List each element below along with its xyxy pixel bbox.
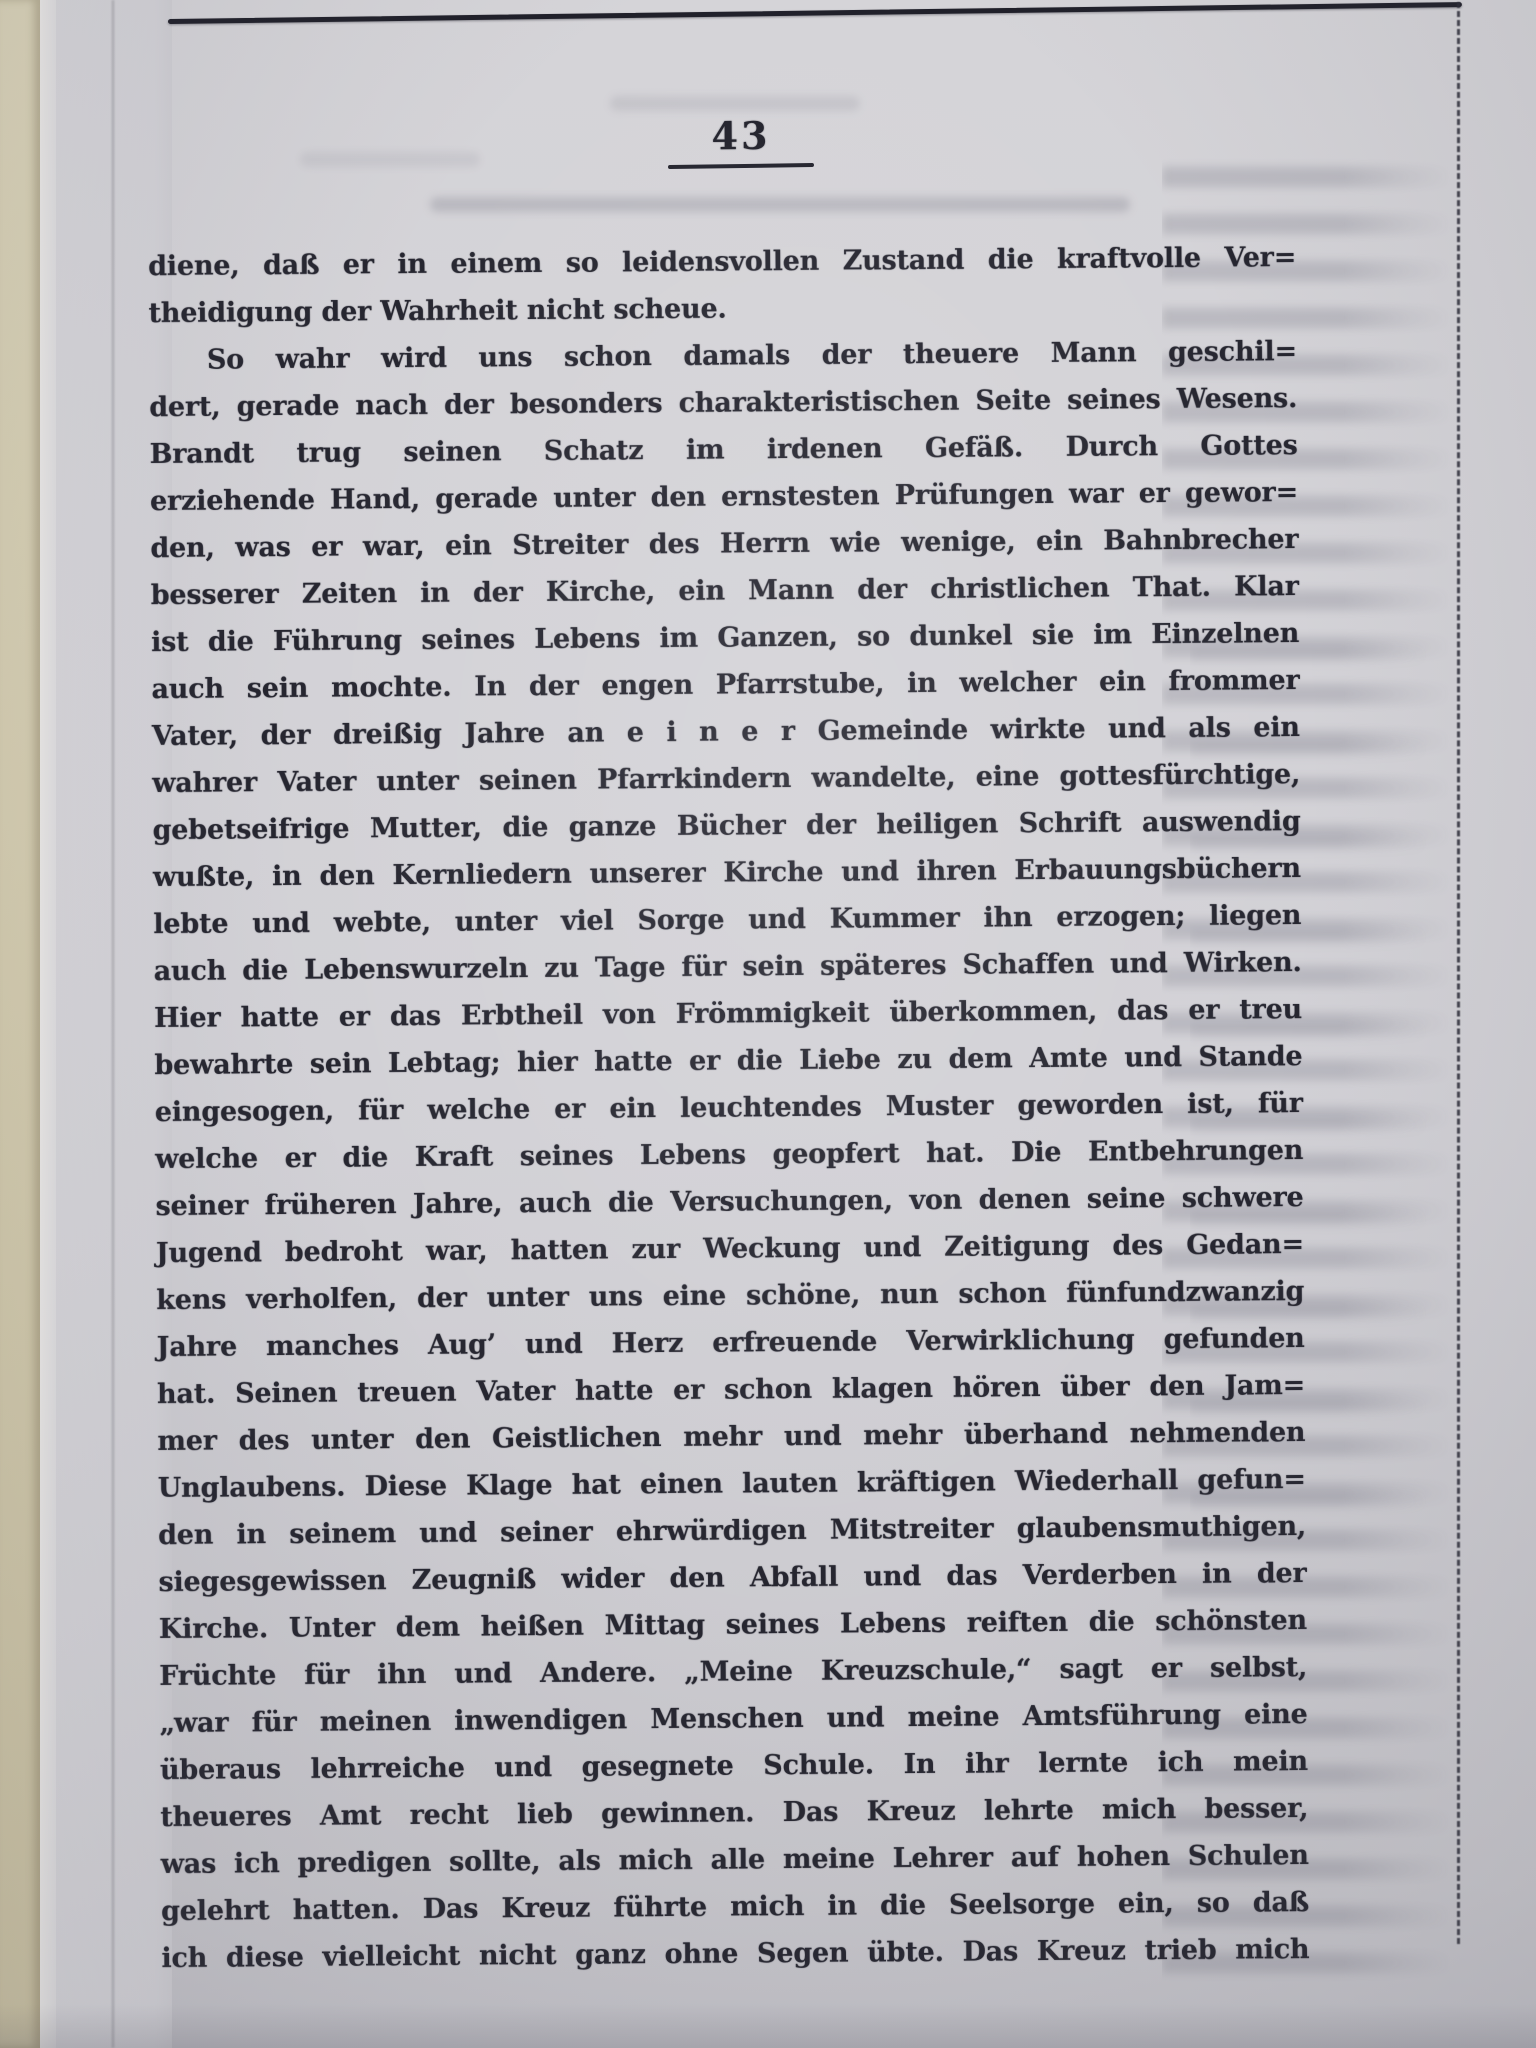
page-number: 43 — [666, 115, 816, 156]
text-line: diene, daß er in einem so leidensvollen … — [148, 234, 1296, 290]
body-text-block: diene, daß er in einem so leidensvollen … — [148, 234, 1310, 1982]
underlying-page-edge — [40, 0, 56, 2048]
bleed-through-line — [430, 197, 1130, 212]
bleed-through-line — [610, 96, 860, 111]
gutter-crease-line — [112, 0, 114, 2048]
bottom-scan-shadow — [0, 2004, 1536, 2048]
text-line: ich diese vielleicht nicht ganz ohne Seg… — [161, 1926, 1309, 1982]
page-right-edge-dashed-line — [1457, 2, 1460, 1944]
bleed-through-line — [300, 152, 480, 167]
scanned-book-page: { "doc": { "page_number": "43", "colors"… — [0, 0, 1536, 2048]
scanner-bed-strip — [0, 0, 40, 2048]
